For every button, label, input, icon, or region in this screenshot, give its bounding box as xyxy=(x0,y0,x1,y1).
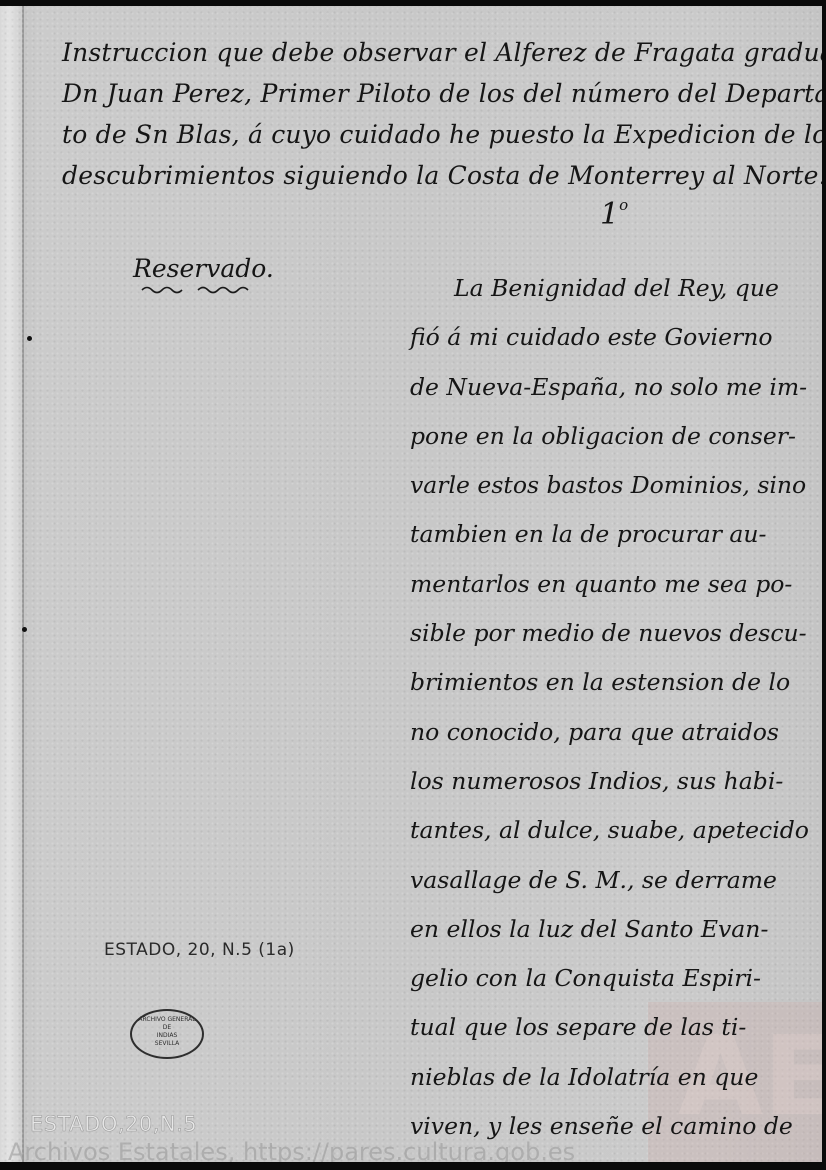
ink-spot-icon xyxy=(27,336,32,341)
catalog-reference: ESTADO, 20, N.5 (1a) xyxy=(104,940,295,960)
flourish-underline-icon xyxy=(140,284,260,296)
archive-stamp: ARCHIVO GENERAL DE INDIAS SEVILLA xyxy=(130,1009,204,1059)
body-line: La Benignidad del Rey, que xyxy=(410,264,822,313)
body-line: varle estos bastos Dominios, sino xyxy=(410,461,822,510)
stamp-line: ARCHIVO GENERAL xyxy=(132,1016,202,1024)
body-line: pone en la obligacion de conser- xyxy=(410,412,822,461)
document-title: Instruccion que debe observar el Alferez… xyxy=(62,32,822,196)
body-line: fió á mi cuidado este Govierno xyxy=(410,313,822,362)
ink-spot-icon xyxy=(22,627,27,632)
body-line: tual que los separe de las ti- xyxy=(410,1003,822,1052)
stamp-line: SEVILLA xyxy=(132,1040,202,1048)
section-number-value: 1 xyxy=(600,197,619,232)
margin-note-reservado: Reservado. xyxy=(133,254,274,284)
body-line: nieblas de la Idolatría en que xyxy=(410,1053,822,1102)
watermark-source: Archivos Estatales, https://pares.cultur… xyxy=(8,1138,575,1162)
title-line: to de Sn Blas, á cuyo cuidado he puesto … xyxy=(62,114,822,155)
body-line: de Nueva-España, no solo me im- xyxy=(410,363,822,412)
manuscript-page: AE Instruccion que debe observar el Alfe… xyxy=(0,6,822,1162)
title-line: descubrimientos siguiendo la Costa de Mo… xyxy=(62,155,822,196)
section-number-ordinal: o xyxy=(619,196,628,214)
watermark-reference: ESTADO,20,N.5 xyxy=(30,1112,197,1136)
body-line: mentarlos en quanto me sea po- xyxy=(410,560,822,609)
body-paragraph: La Benignidad del Rey, que fió á mi cuid… xyxy=(410,264,822,1151)
section-number: 1o xyxy=(600,196,628,232)
body-line: tambien en la de procurar au- xyxy=(410,510,822,559)
title-line: Instruccion que debe observar el Alferez… xyxy=(62,32,822,73)
body-line: brimientos en la estension de lo xyxy=(410,658,822,707)
body-line: gelio con la Conquista Espiri- xyxy=(410,954,822,1003)
body-line: no conocido, para que atraidos xyxy=(410,708,822,757)
body-line: sible por medio de nuevos descu- xyxy=(410,609,822,658)
body-line: los numerosos Indios, sus habi- xyxy=(410,757,822,806)
body-line: en ellos la luz del Santo Evan- xyxy=(410,905,822,954)
stamp-line: INDIAS xyxy=(132,1032,202,1040)
stamp-line: DE xyxy=(132,1024,202,1032)
body-line: vasallage de S. M., se derrame xyxy=(410,856,822,905)
body-line: tantes, al dulce, suabe, apetecido xyxy=(410,806,822,855)
title-line: Dn Juan Perez, Primer Piloto de los del … xyxy=(62,73,822,114)
